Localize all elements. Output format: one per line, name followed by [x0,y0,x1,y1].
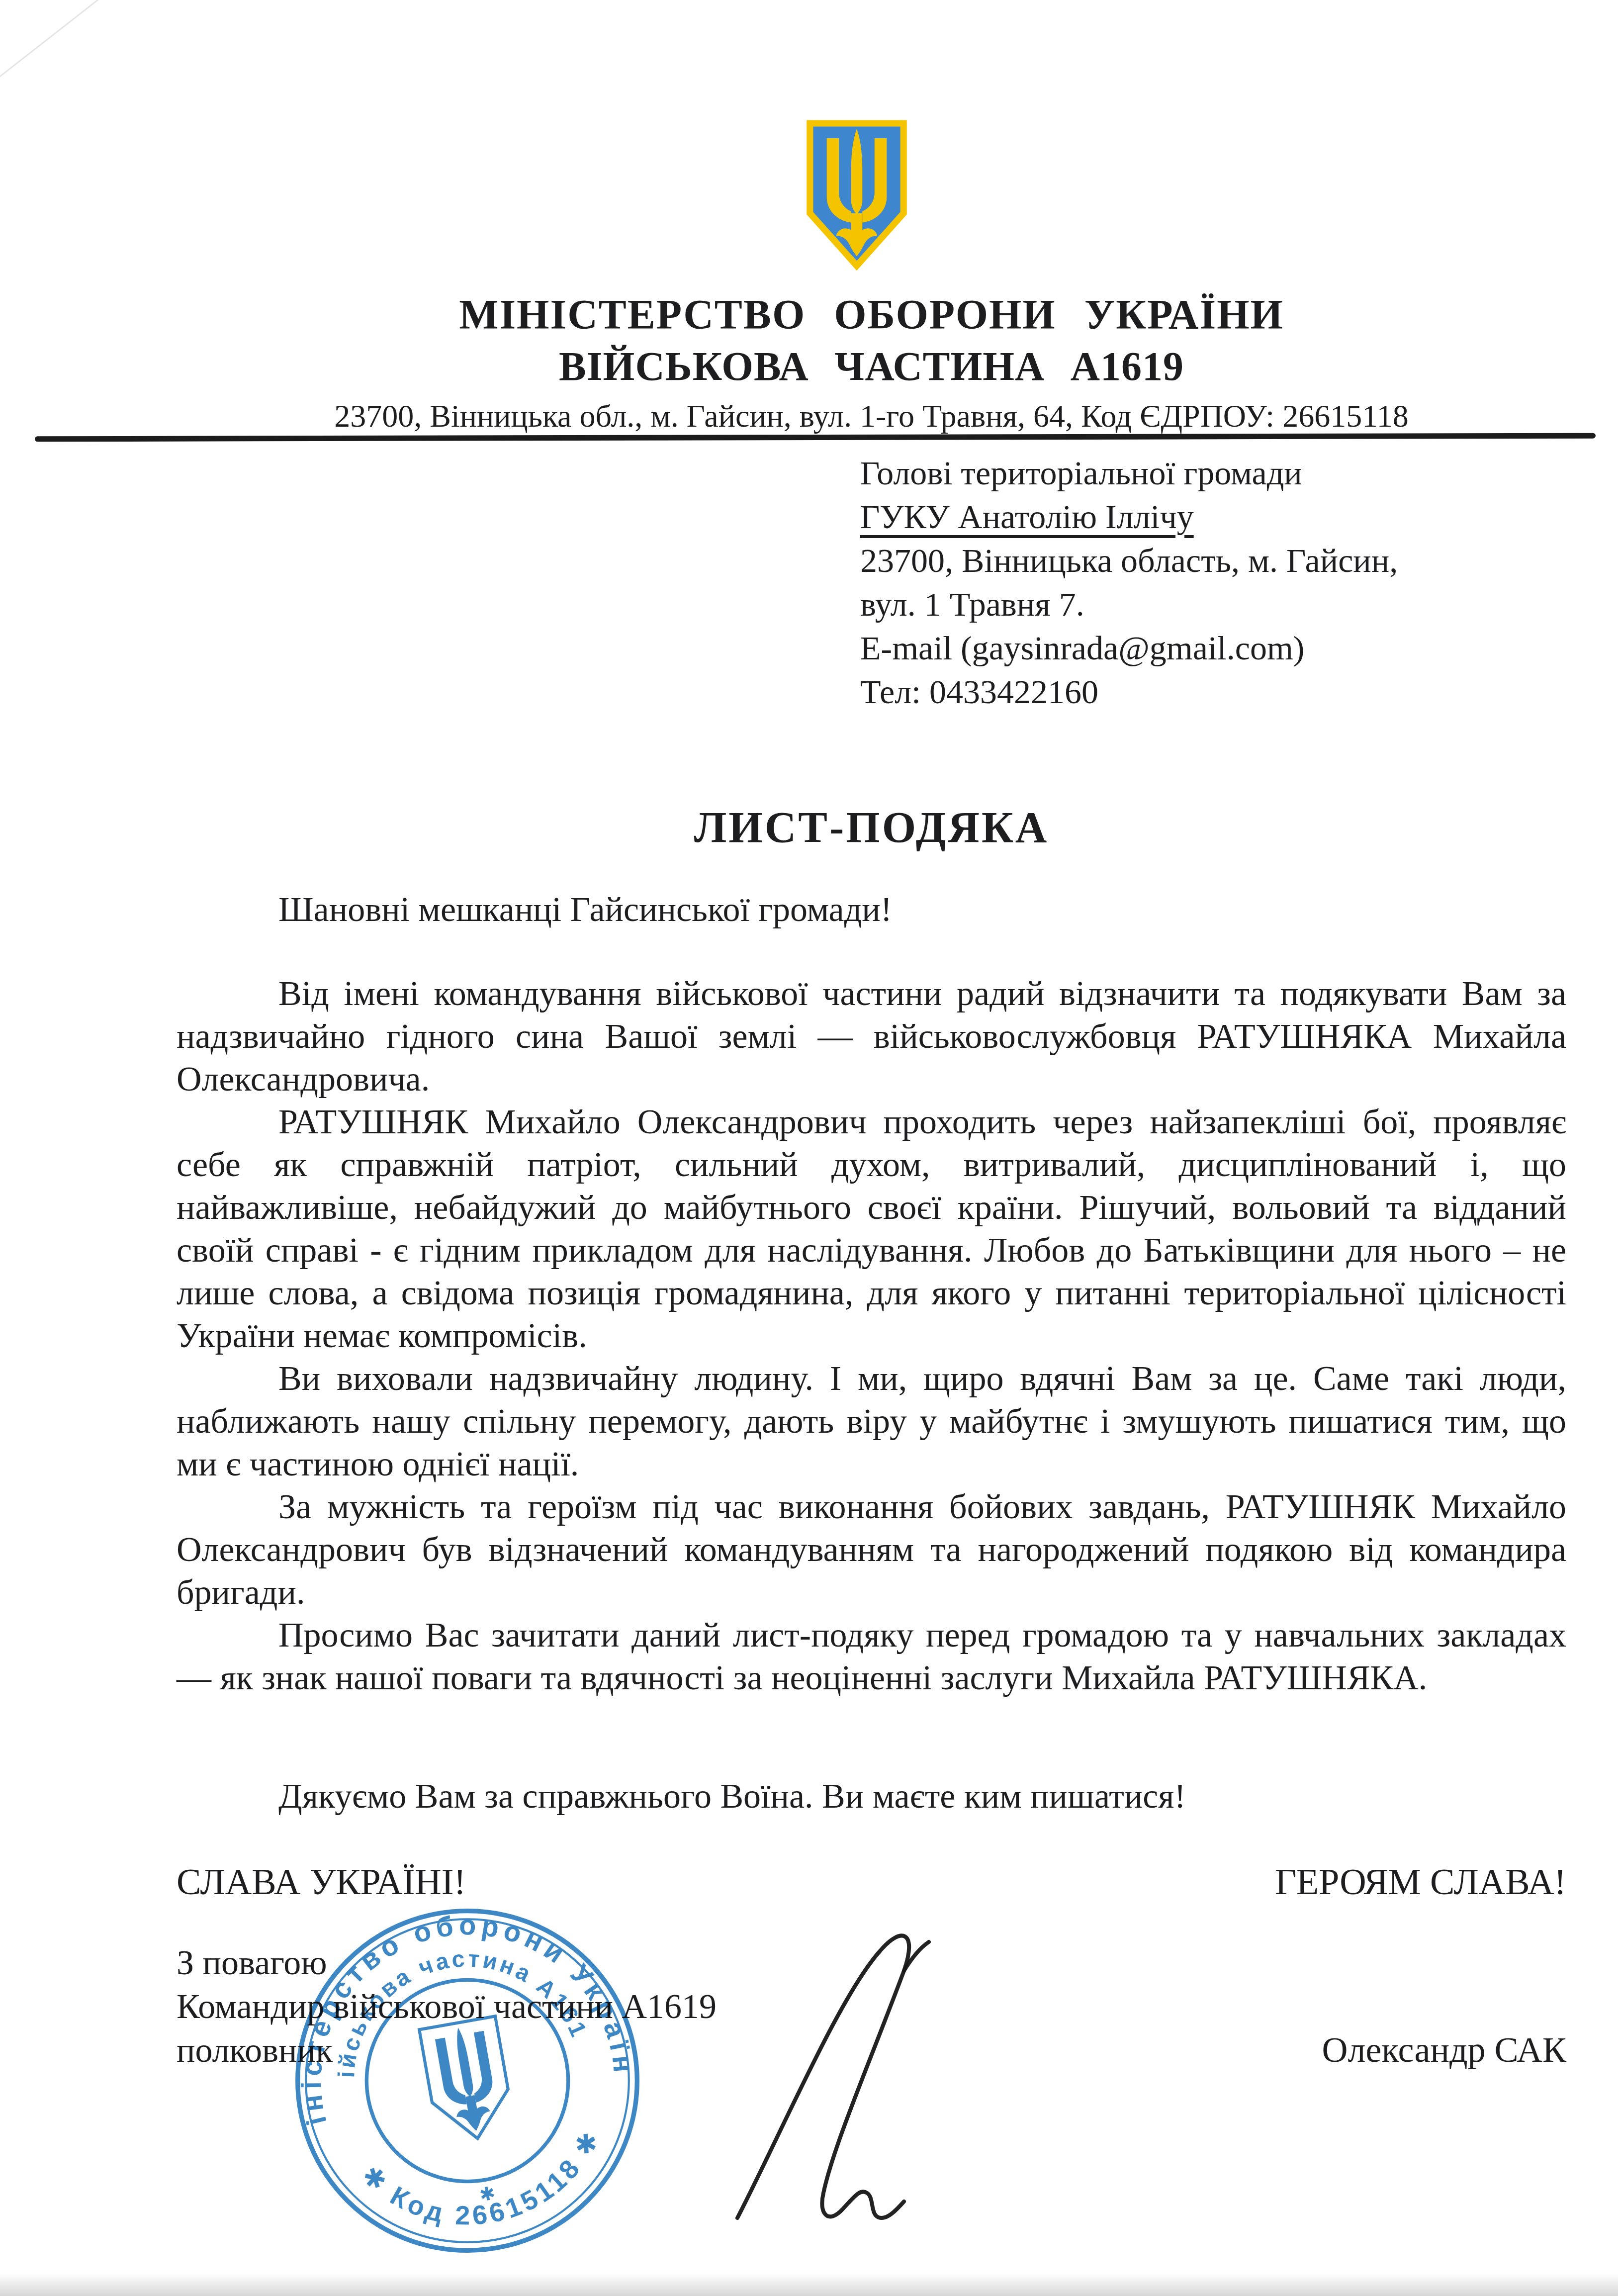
closing-row: СЛАВА УКРАЇНІ! ГЕРОЯМ СЛАВА! [177,1859,1566,1906]
thanks-line: Дякуємо Вам за справжнього Воїна. Ви має… [177,1775,1566,1818]
recipient-block: Голові територіальної громади ГУКУ Анато… [860,451,1398,714]
letterhead-address: 23700, Вінницька обл., м. Гайсин, вул. 1… [177,397,1566,436]
recipient-name: ГУКУ Анатолію Іллічу [860,495,1398,539]
salutation: Шановні мешканці Гайсинської громади! [177,889,1566,931]
ukraine-coat-of-arms-icon [801,115,913,276]
letter-page: МІНІСТЕРСТВО ОБОРОНИ УКРАЇНИ ВІЙСЬКОВА Ч… [0,0,1618,2296]
recipient-email: E-mail (gaysinrada@gmail.com) [860,626,1398,670]
letterhead-unit: ВІЙСЬКОВА ЧАСТИНА А1619 [177,344,1566,389]
body-paragraph: За мужність та героїзм під час виконання… [177,1486,1566,1614]
body-paragraph: Ви виховали надзвичайну людину. І ми, щи… [177,1358,1566,1486]
letter-body: Від імені командування військової частин… [177,973,1566,1700]
recipient-line: вул. 1 Травня 7. [860,582,1398,626]
commander-signature [690,1912,1080,2255]
body-paragraph: Просимо Вас зачитати даний лист-подяку п… [177,1614,1566,1700]
letterhead-ministry: МІНІСТЕРСТВО ОБОРОНИ УКРАЇНИ [177,292,1566,338]
body-paragraph: РАТУШНЯК Михайло Олександрович проходить… [177,1101,1566,1358]
heroiam-slava: ГЕРОЯМ СЛАВА! [1275,1859,1566,1906]
letter-title: ЛИСТ-ПОДЯКА [177,805,1566,851]
slava-ukraini: СЛАВА УКРАЇНІ! [177,1859,466,1906]
stamp-star-icon: ✱ [478,2182,497,2205]
recipient-phone: Тел: 0433422160 [860,670,1398,714]
paper-fold-mark [0,0,117,87]
recipient-line: Голові територіальної громади [860,451,1398,495]
body-paragraph: Від імені командування військової частин… [177,973,1566,1101]
recipient-line: 23700, Вінницька область, м. Гайсин, [860,539,1398,582]
scan-edge-shadow [0,2273,1618,2296]
official-stamp: Міністерство оборони України військова ч… [287,1901,647,2261]
